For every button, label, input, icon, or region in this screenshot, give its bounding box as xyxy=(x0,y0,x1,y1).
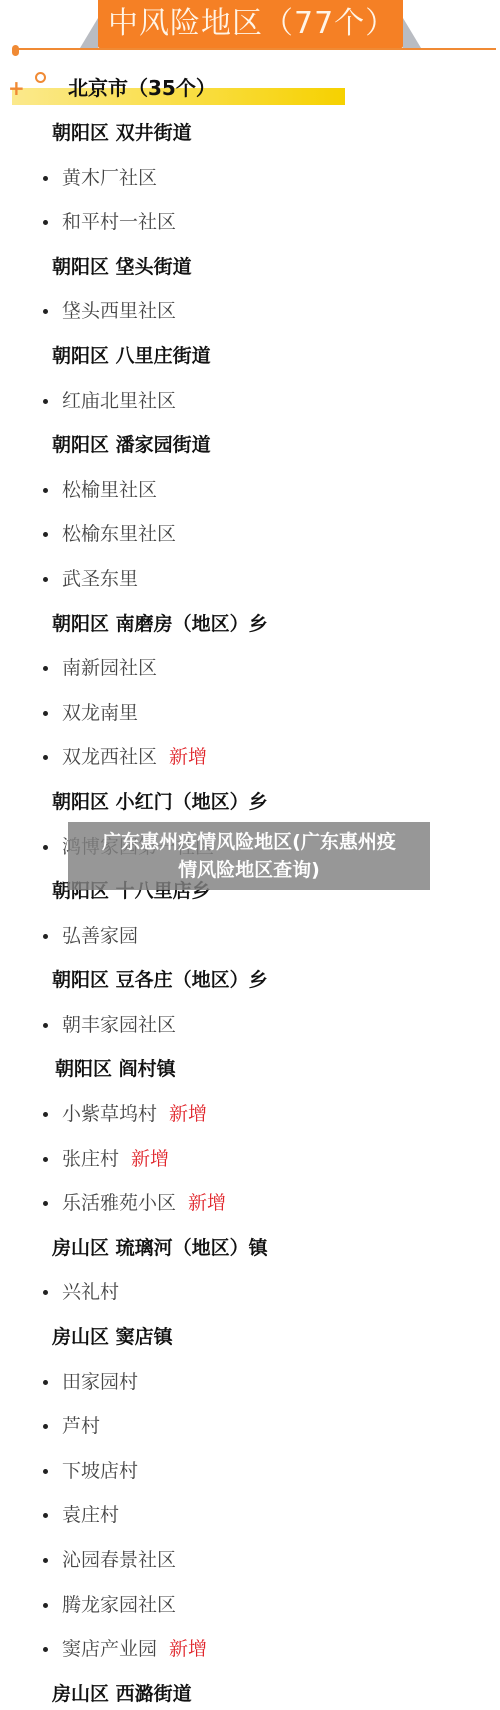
list-item: 窦店产业园新增 xyxy=(0,1627,500,1672)
plus-icon: + xyxy=(8,78,25,98)
list-item: 红庙北里社区 xyxy=(0,379,500,424)
label-text: 小紫草坞村 xyxy=(62,1103,157,1125)
label-text: 松榆里社区 xyxy=(62,479,157,501)
community-label: 双龙西社区新增 xyxy=(62,745,207,769)
label-text: 朝阳区 八里庄街道 xyxy=(52,345,211,367)
list-item: 黄木厂社区 xyxy=(0,156,500,201)
subdistrict-heading: 朝阳区 南磨房（地区）乡 xyxy=(0,602,500,647)
label-text: 红庙北里社区 xyxy=(62,390,176,412)
list-item: 朝丰家园社区 xyxy=(0,1003,500,1048)
bullet-icon xyxy=(43,1513,48,1518)
label-text: 芦村 xyxy=(62,1415,100,1437)
subdistrict-heading: 房山区 窦店镇 xyxy=(0,1315,500,1360)
subdistrict-label: 朝阳区 垡头街道 xyxy=(52,255,192,279)
label-text: 房山区 琉璃河（地区）镇 xyxy=(52,1237,268,1259)
bullet-icon xyxy=(43,711,48,716)
watermark-line-2: 情风险地区查询) xyxy=(68,856,430,884)
label-text: 下坡店村 xyxy=(62,1460,138,1482)
list-item: 袁庄村 xyxy=(0,1493,500,1538)
label-text: 双龙西社区 xyxy=(62,746,157,768)
bullet-icon xyxy=(43,1380,48,1385)
list-item: 双龙南里 xyxy=(0,691,500,736)
bullet-icon xyxy=(43,1023,48,1028)
community-label: 张庄村新增 xyxy=(62,1147,169,1171)
label-text: 双龙南里 xyxy=(62,702,138,724)
subdistrict-heading: 朝阳区 豆各庄（地区）乡 xyxy=(0,958,500,1003)
label-text: 南新园社区 xyxy=(62,657,157,679)
bullet-icon xyxy=(43,755,48,760)
new-badge: 新增 xyxy=(169,1638,207,1660)
new-badge: 新增 xyxy=(169,1103,207,1125)
section-title: 中风险地区（77个） xyxy=(98,0,403,48)
subdistrict-label: 朝阳区 小红门（地区）乡 xyxy=(52,790,268,814)
ribbon-fold-right-icon xyxy=(403,18,421,48)
label-text: 乐活雅苑小区 xyxy=(62,1192,176,1214)
label-text: 袁庄村 xyxy=(62,1504,119,1526)
new-badge: 新增 xyxy=(131,1148,169,1170)
new-badge: 新增 xyxy=(169,746,207,768)
list-item: 双龙西社区新增 xyxy=(0,735,500,780)
label-text: 朝阳区 潘家园街道 xyxy=(52,434,211,456)
bullet-icon xyxy=(43,309,48,314)
section-header: 中风险地区（77个） xyxy=(0,0,500,60)
label-text: 弘善家园 xyxy=(62,925,138,947)
watermark-line-1: 广东惠州疫情风险地区(广东惠州疫 xyxy=(68,828,430,856)
subdistrict-heading: 房山区 琉璃河（地区）镇 xyxy=(0,1226,500,1271)
community-label: 双龙南里 xyxy=(62,701,138,725)
list-item: 松榆里社区 xyxy=(0,468,500,513)
community-label: 乐活雅苑小区新增 xyxy=(62,1191,226,1215)
subdistrict-label: 朝阳区 八里庄街道 xyxy=(52,344,211,368)
label-text: 黄木厂社区 xyxy=(62,167,157,189)
label-text: 朝阳区 垡头街道 xyxy=(52,256,192,278)
label-text: 朝阳区 豆各庄（地区）乡 xyxy=(52,969,268,991)
watermark-caption: 广东惠州疫情风险地区(广东惠州疫 情风险地区查询) xyxy=(68,822,430,890)
bullet-icon xyxy=(43,666,48,671)
label-text: 张庄村 xyxy=(62,1148,119,1170)
community-label: 黄木厂社区 xyxy=(62,166,157,190)
bullet-icon xyxy=(43,532,48,537)
label-text: 垡头西里社区 xyxy=(62,300,176,322)
community-label: 武圣东里 xyxy=(62,567,138,591)
bullet-icon xyxy=(43,488,48,493)
label-text: 和平村一社区 xyxy=(62,211,176,233)
community-label: 小紫草坞村新增 xyxy=(62,1102,207,1126)
bullet-icon xyxy=(43,1603,48,1608)
bullet-icon xyxy=(43,1290,48,1295)
ribbon-fold-left-icon xyxy=(80,18,98,48)
community-label: 芦村 xyxy=(62,1414,100,1438)
list-item: 张庄村新增 xyxy=(0,1137,500,1182)
label-text: 朝阳区 双井街道 xyxy=(52,122,192,144)
label-text: 沁园春景社区 xyxy=(62,1549,176,1571)
header-divider-line xyxy=(14,48,496,50)
community-label: 松榆东里社区 xyxy=(62,522,176,546)
subdistrict-heading: 朝阳区 双井街道 xyxy=(0,111,500,156)
area-list: 朝阳区 双井街道黄木厂社区和平村一社区朝阳区 垡头街道垡头西里社区朝阳区 八里庄… xyxy=(0,111,500,1710)
subdistrict-label: 房山区 西潞街道 xyxy=(52,1682,192,1706)
city-heading: + 北京市（35个） xyxy=(0,68,345,108)
community-label: 松榆里社区 xyxy=(62,478,157,502)
list-item: 弘善家园 xyxy=(0,914,500,959)
bullet-icon xyxy=(43,220,48,225)
community-label: 红庙北里社区 xyxy=(62,389,176,413)
label-text: 窦店产业园 xyxy=(62,1638,157,1660)
bullet-icon xyxy=(43,176,48,181)
bullet-icon xyxy=(43,399,48,404)
list-item: 和平村一社区 xyxy=(0,200,500,245)
community-label: 下坡店村 xyxy=(62,1459,138,1483)
bullet-icon xyxy=(43,1647,48,1652)
community-label: 田家园村 xyxy=(62,1370,138,1394)
subdistrict-label: 房山区 窦店镇 xyxy=(52,1325,173,1349)
label-text: 朝丰家园社区 xyxy=(62,1014,176,1036)
community-label: 朝丰家园社区 xyxy=(62,1013,176,1037)
new-badge: 新增 xyxy=(188,1192,226,1214)
community-label: 沁园春景社区 xyxy=(62,1548,176,1572)
subdistrict-label: 朝阳区 南磨房（地区）乡 xyxy=(52,612,268,636)
list-item: 乐活雅苑小区新增 xyxy=(0,1181,500,1226)
list-item: 小紫草坞村新增 xyxy=(0,1092,500,1137)
bullet-icon xyxy=(43,1558,48,1563)
subdistrict-label: 朝阳区 潘家园街道 xyxy=(52,433,211,457)
community-label: 南新园社区 xyxy=(62,656,157,680)
bullet-icon xyxy=(43,577,48,582)
community-label: 弘善家园 xyxy=(62,924,138,948)
subdistrict-label: 朝阳区 阎村镇 xyxy=(55,1057,176,1081)
subdistrict-heading: 朝阳区 潘家园街道 xyxy=(0,423,500,468)
subdistrict-heading: 房山区 西潞街道 xyxy=(0,1672,500,1710)
subdistrict-heading: 朝阳区 八里庄街道 xyxy=(0,334,500,379)
label-text: 武圣东里 xyxy=(62,568,138,590)
community-label: 袁庄村 xyxy=(62,1503,119,1527)
bullet-icon xyxy=(43,1201,48,1206)
community-label: 腾龙家园社区 xyxy=(62,1593,176,1617)
ring-icon xyxy=(35,72,46,83)
label-text: 朝阳区 阎村镇 xyxy=(55,1058,176,1080)
bullet-icon xyxy=(43,1112,48,1117)
community-label: 兴礼村 xyxy=(62,1280,119,1304)
community-label: 和平村一社区 xyxy=(62,210,176,234)
bullet-icon xyxy=(43,1424,48,1429)
subdistrict-label: 朝阳区 双井街道 xyxy=(52,121,192,145)
header-line-dot-icon xyxy=(12,45,19,56)
label-text: 朝阳区 小红门（地区）乡 xyxy=(52,791,268,813)
list-item: 垡头西里社区 xyxy=(0,289,500,334)
list-item: 沁园春景社区 xyxy=(0,1538,500,1583)
bullet-icon xyxy=(43,1157,48,1162)
list-item: 下坡店村 xyxy=(0,1449,500,1494)
list-item: 兴礼村 xyxy=(0,1270,500,1315)
list-item: 南新园社区 xyxy=(0,646,500,691)
subdistrict-heading: 朝阳区 小红门（地区）乡 xyxy=(0,780,500,825)
list-item: 芦村 xyxy=(0,1404,500,1449)
list-item: 腾龙家园社区 xyxy=(0,1583,500,1628)
label-text: 松榆东里社区 xyxy=(62,523,176,545)
bullet-icon xyxy=(43,845,48,850)
subdistrict-heading: 朝阳区 垡头街道 xyxy=(0,245,500,290)
city-title: 北京市（35个） xyxy=(68,74,216,102)
label-text: 朝阳区 南磨房（地区）乡 xyxy=(52,613,268,635)
list-item: 武圣东里 xyxy=(0,557,500,602)
label-text: 房山区 西潞街道 xyxy=(52,1683,192,1705)
subdistrict-label: 房山区 琉璃河（地区）镇 xyxy=(52,1236,268,1260)
bullet-icon xyxy=(43,1469,48,1474)
label-text: 田家园村 xyxy=(62,1371,138,1393)
bullet-icon xyxy=(43,934,48,939)
community-label: 窦店产业园新增 xyxy=(62,1637,207,1661)
label-text: 房山区 窦店镇 xyxy=(52,1326,173,1348)
label-text: 腾龙家园社区 xyxy=(62,1594,176,1616)
list-item: 田家园村 xyxy=(0,1360,500,1405)
subdistrict-heading: 朝阳区 阎村镇 xyxy=(0,1047,500,1092)
community-label: 垡头西里社区 xyxy=(62,299,176,323)
list-item: 松榆东里社区 xyxy=(0,512,500,557)
label-text: 兴礼村 xyxy=(62,1281,119,1303)
subdistrict-label: 朝阳区 豆各庄（地区）乡 xyxy=(52,968,268,992)
